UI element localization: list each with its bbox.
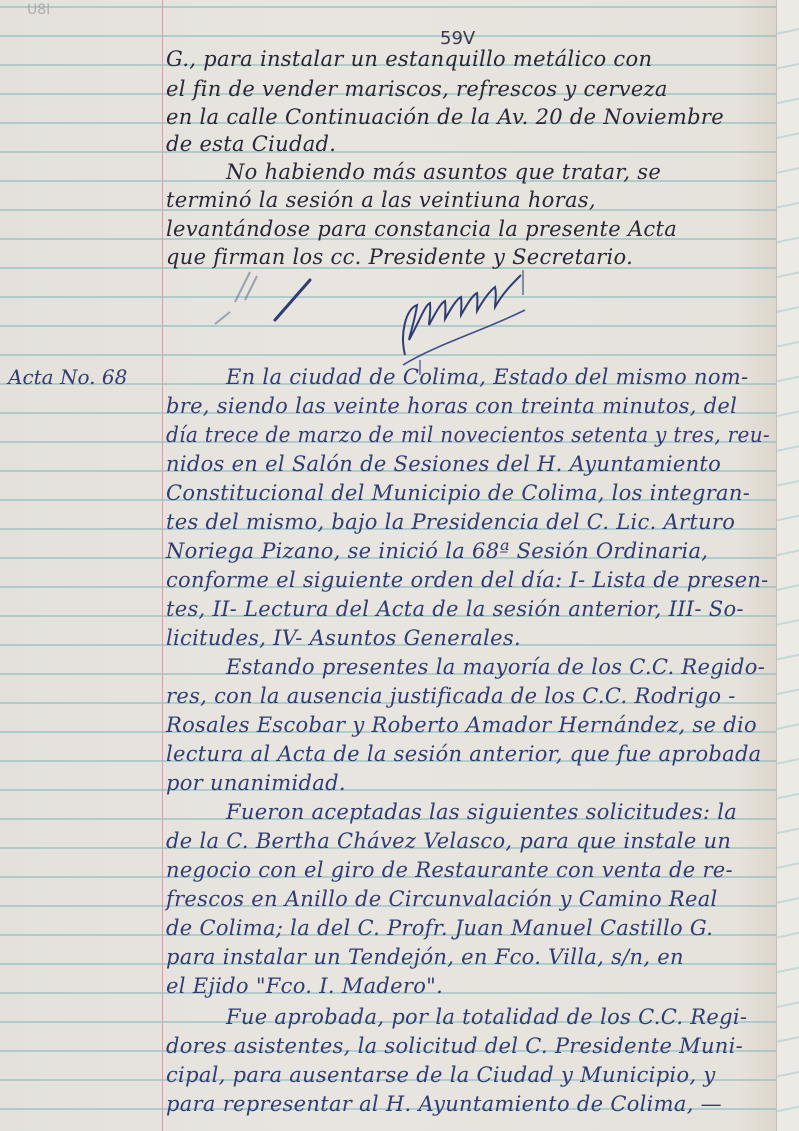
text-line: En la ciudad de Colima, Estado del mismo…	[226, 363, 748, 392]
signature-president-icon	[195, 262, 335, 342]
text-line: lectura al Acta de la sesión anterior, q…	[166, 740, 762, 769]
text-line: por unanimidad.	[166, 769, 346, 798]
text-line: de la C. Bertha Chávez Velasco, para que…	[166, 827, 731, 856]
signature-secretary-icon	[345, 265, 545, 375]
text-line: frescos en Anillo de Circunvalación y Ca…	[166, 885, 718, 914]
text-line: dores asistentes, la solicitud del C. Pr…	[166, 1032, 743, 1061]
corner-mark: U8I	[27, 2, 50, 18]
adjacent-page-edge	[776, 0, 799, 1131]
notebook-page: U8I 59V G., para instalar un estanquillo…	[0, 0, 776, 1131]
text-line: el Ejido "Fco. I. Madero".	[166, 972, 443, 1001]
text-line: negocio con el giro de Restaurante con v…	[166, 856, 733, 885]
adjacent-page-rules	[777, 0, 799, 1131]
text-line: día trece de marzo de mil novecientos se…	[166, 421, 770, 450]
text-line: licitudes, IV- Asuntos Generales.	[166, 624, 521, 653]
text-line: para representar al H. Ayuntamiento de C…	[166, 1090, 722, 1119]
text-line: Fueron aceptadas las siguientes solicitu…	[226, 798, 737, 827]
margin-line	[162, 0, 163, 1131]
text-line: tes, II- Lectura del Acta de la sesión a…	[166, 595, 744, 624]
text-line: de esta Ciudad.	[166, 130, 336, 159]
text-line: nidos en el Salón de Sesiones del H. Ayu…	[166, 450, 721, 479]
text-line: Noriega Pizano, se inició la 68ª Sesión …	[166, 537, 708, 566]
text-line: Estando presentes la mayoría de los C.C.…	[226, 653, 765, 682]
text-line: en la calle Continuación de la Av. 20 de…	[166, 103, 724, 132]
text-line: cipal, para ausentarse de la Ciudad y Mu…	[166, 1061, 716, 1090]
text-line: para instalar un Tendejón, en Fco. Villa…	[166, 943, 684, 972]
text-line: Rosales Escobar y Roberto Amador Hernánd…	[166, 711, 757, 740]
text-line: G., para instalar un estanquillo metálic…	[166, 45, 652, 74]
text-line: el fin de vender mariscos, refrescos y c…	[166, 75, 668, 104]
text-line: de Colima; la del C. Profr. Juan Manuel …	[166, 914, 713, 943]
text-line: conforme el siguiente orden del día: I- …	[166, 566, 769, 595]
text-line: levantándose para constancia la presente…	[166, 215, 677, 244]
text-line: Constitucional del Municipio de Colima, …	[166, 479, 750, 508]
text-line: terminó la sesión a las veintiuna horas,	[166, 186, 596, 215]
text-line: bre, siendo las veinte horas con treinta…	[166, 392, 737, 421]
text-line: Fue aprobada, por la totalidad de los C.…	[226, 1003, 747, 1032]
text-line: res, con la ausencia justificada de los …	[166, 682, 736, 711]
act-number-label: Acta No. 68	[8, 363, 127, 392]
text-line: No habiendo más asuntos que tratar, se	[226, 158, 661, 187]
text-line: tes del mismo, bajo la Presidencia del C…	[166, 508, 735, 537]
